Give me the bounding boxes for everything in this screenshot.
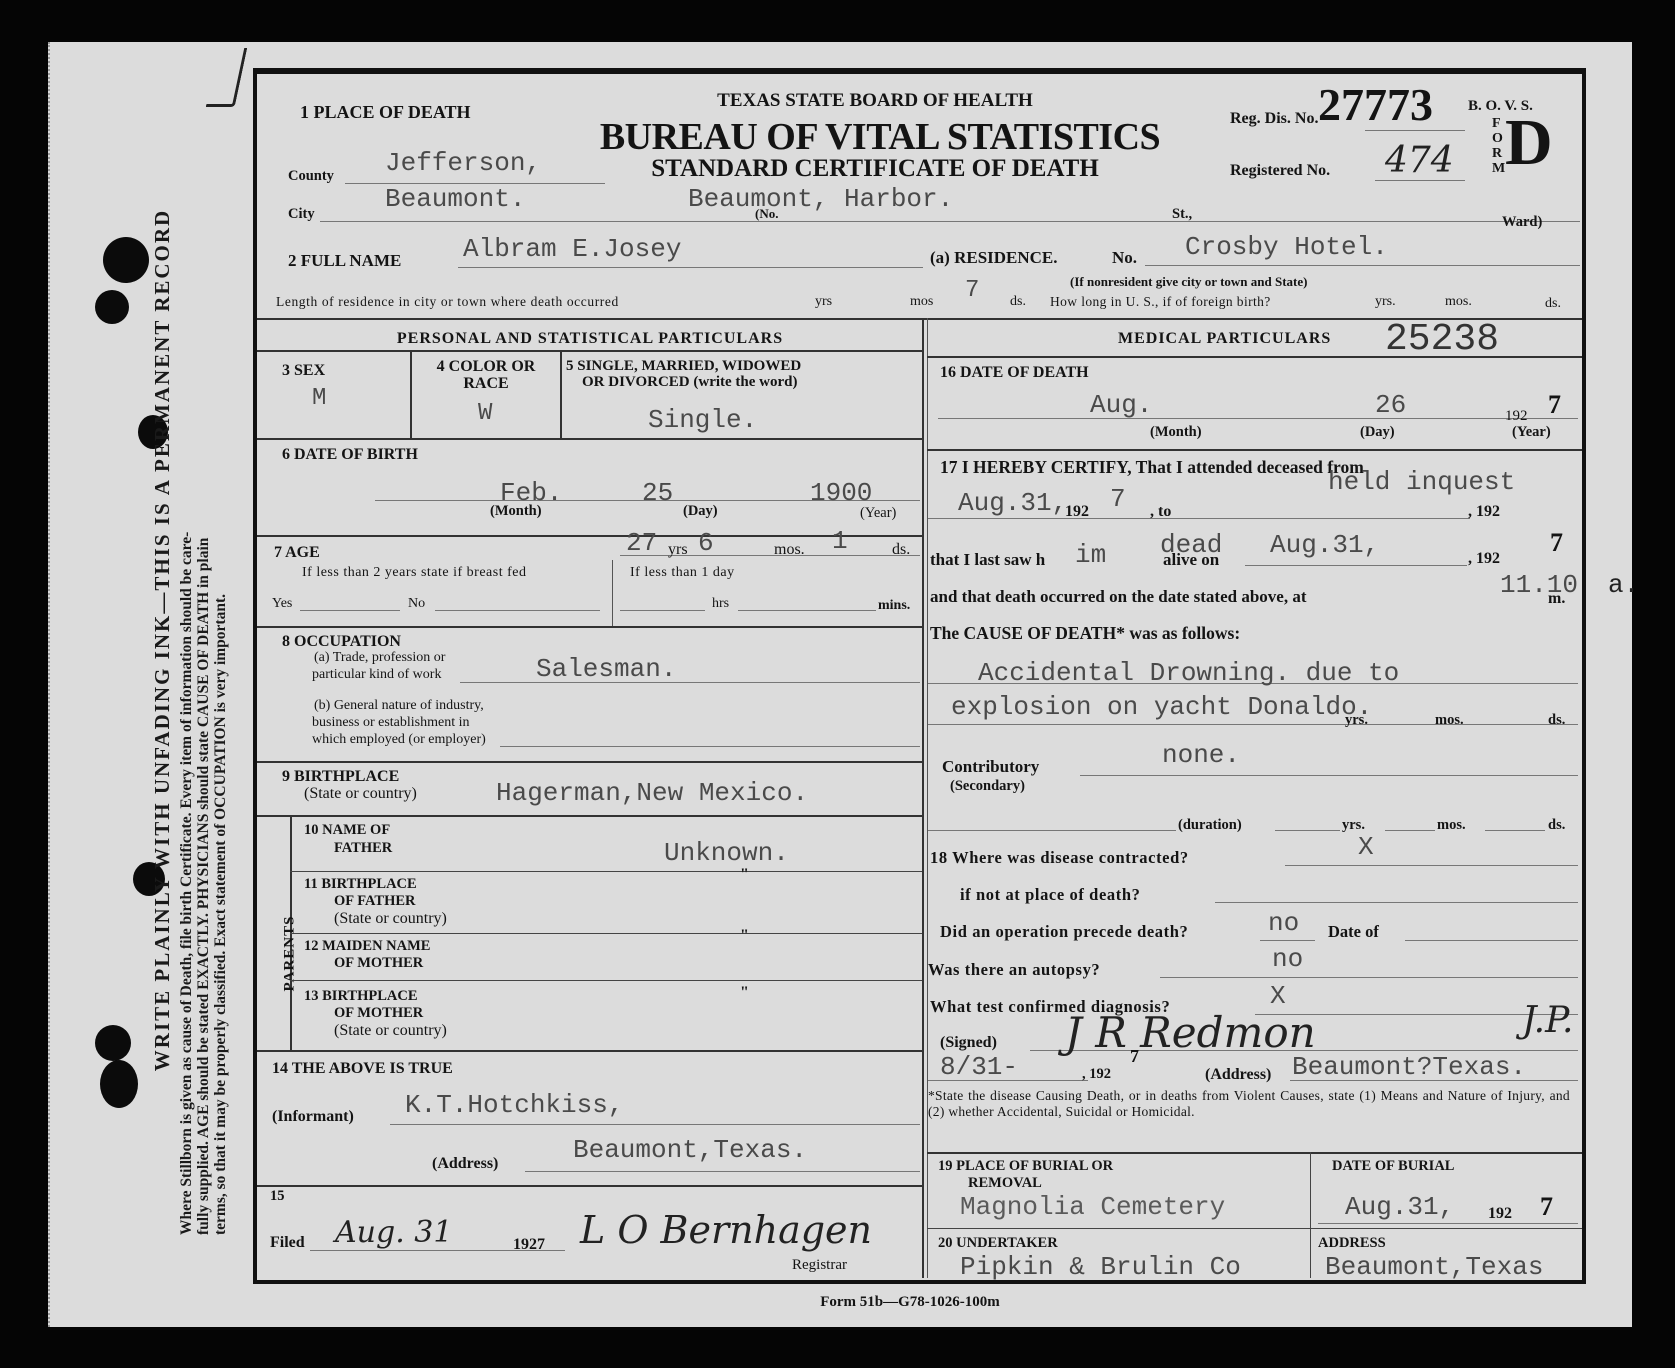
ampm: a. <box>1608 570 1639 600</box>
medical-stamp: 25238 <box>1385 318 1499 361</box>
reg-dis-label: Reg. Dis. No. <box>1230 110 1318 128</box>
punch-hole <box>100 1060 138 1108</box>
mother-bp-value: " <box>740 984 749 1002</box>
dod-year: 7 <box>1548 390 1561 420</box>
physician-address: Beaumont?Texas. <box>1292 1052 1526 1082</box>
mins-label: mins. <box>878 598 910 614</box>
last-saw-date: Aug.31, <box>1270 530 1379 560</box>
registrar-label: Registrar <box>792 1257 847 1274</box>
footnote: *State the disease Causing Death, or in … <box>928 1088 1570 1120</box>
occ-b-label-3: which employed (or employer) <box>312 732 486 748</box>
burial-year: 7 <box>1540 1192 1553 1222</box>
mother-bp-label-1: 13 BIRTHPLACE <box>304 988 418 1005</box>
occurred-label: and that death occurred on the date stat… <box>930 587 1307 607</box>
age-ds-label: ds. <box>892 541 910 559</box>
contributory-value: none. <box>1162 740 1240 770</box>
birthplace-sub: (State or country) <box>304 785 417 803</box>
county-value: Jefferson, <box>385 148 541 178</box>
operation-value: no <box>1268 908 1299 938</box>
occ-a-label-1: (a) Trade, profession or <box>314 650 445 666</box>
test-value: X <box>1270 981 1286 1011</box>
cause-line-2: explosion on yacht Donaldo. <box>951 692 1372 722</box>
informant-label: (Informant) <box>272 1108 354 1126</box>
less-day-note: If less than 1 day <box>630 565 735 581</box>
mother-bp-label-2: OF MOTHER <box>334 1005 423 1022</box>
cause-yrs-label: yrs. <box>1345 712 1368 729</box>
father-bp-label-3: (State or country) <box>334 910 447 928</box>
occupation-value: Salesman. <box>536 654 676 684</box>
marital-label-1: 5 SINGLE, MARRIED, WIDOWED <box>566 358 801 375</box>
length-yrs-label: yrs <box>815 294 832 310</box>
ward-label: Ward) <box>1502 214 1542 231</box>
physician-address-label: (Address) <box>1205 1066 1271 1084</box>
birthplace-label: 9 BIRTHPLACE <box>282 768 399 786</box>
to-label: , to <box>1150 503 1171 521</box>
cause-label: The CAUSE OF DEATH* was as follows: <box>930 623 1240 644</box>
signed-year-prefix: , 192 <box>1082 1066 1111 1083</box>
reg-dis-value: 27773 <box>1318 78 1433 131</box>
dod-day-label: (Day) <box>1360 424 1395 441</box>
full-name-label: 2 FULL NAME <box>288 251 401 271</box>
last-saw-label: that I last saw h <box>930 550 1045 570</box>
duration-label: (duration) <box>1178 817 1242 834</box>
city-label: City <box>288 206 315 223</box>
length-of-residence-label: Length of residence in city or town wher… <box>276 294 619 310</box>
length-days-value: 7 <box>965 277 979 304</box>
dob-year: 1900 <box>810 478 872 508</box>
foreign-ds-label: ds. <box>1545 296 1561 312</box>
father-bp-label-1: 11 BIRTHPLACE <box>304 876 417 893</box>
age-months: 6 <box>698 528 714 558</box>
form-vertical-label: FORM <box>1492 116 1506 176</box>
informant-value: K.T.Hotchkiss, <box>405 1090 623 1120</box>
age-label: 7 AGE <box>274 544 320 562</box>
mother-bp-label-3: (State or country) <box>334 1022 447 1040</box>
date-of-label: Date of <box>1328 922 1379 942</box>
undertaker-address: Beaumont,Texas <box>1325 1252 1543 1282</box>
registrar-signature: L O Bernhagen <box>580 1208 872 1252</box>
father-value: Unknown. <box>664 838 789 868</box>
side-line-2: fully supplied. AGE should be stated EXA… <box>195 45 212 1235</box>
burial-year-prefix: 192 <box>1488 1205 1512 1223</box>
mother-label-1: 12 MAIDEN NAME <box>304 938 430 955</box>
residence-note: (If nonresident give city or town and St… <box>1070 274 1308 290</box>
age-years: 27 <box>626 528 657 558</box>
side-line-1: Where Stillborn is given as cause of Dea… <box>178 45 195 1235</box>
dod-day: 26 <box>1375 390 1406 420</box>
secondary-label: (Secondary) <box>950 778 1025 795</box>
informant-address-label: (Address) <box>432 1155 498 1173</box>
side-line-3: terms, so that it may be properly classi… <box>212 45 229 1235</box>
residence-value: Crosby Hotel. <box>1185 232 1388 262</box>
form-number: Form 51b—G78-1026-100m <box>740 1294 1080 1311</box>
registered-label: Registered No. <box>1230 162 1330 180</box>
filed-year: 1927 <box>513 1236 545 1254</box>
no-label: (No. <box>755 206 778 222</box>
yes-label: Yes <box>272 596 292 612</box>
cause-mos-label: mos. <box>1435 712 1464 729</box>
birthplace-value: Hagerman,New Mexico. <box>496 778 808 808</box>
occ-b-label-1: (b) General nature of industry, <box>314 698 484 714</box>
filed-label: Filed <box>270 1234 305 1252</box>
race-label: 4 COLOR OR RACE <box>416 358 556 392</box>
length-ds-label: ds. <box>1010 294 1026 310</box>
father-label-1: 10 NAME OF <box>304 822 390 839</box>
breast-fed-note: If less than 2 years state if breast fed <box>302 565 526 581</box>
dob-day-label: (Day) <box>683 503 718 520</box>
burial-label-1: 19 PLACE OF BURIAL OR <box>938 1158 1113 1175</box>
race-value: W <box>478 400 492 427</box>
dob-month-label: (Month) <box>490 503 542 520</box>
item15-label: 15 <box>270 1188 285 1205</box>
county-label: County <box>288 168 334 185</box>
attended-from-year: 7 <box>1110 484 1126 514</box>
cause-line-1: Accidental Drowning. due to <box>978 658 1399 688</box>
alive-on-label: alive on <box>1163 550 1219 570</box>
death-address-value: Beaumont, Harbor. <box>688 184 953 214</box>
physician-signature-suffix: J.P. <box>1522 1000 1573 1041</box>
st-label: St., <box>1172 206 1192 223</box>
contributory-label: Contributory <box>942 757 1039 777</box>
filed-date: Aug. 31 <box>335 1215 452 1250</box>
held-inquest: held inquest <box>1328 467 1515 497</box>
foreign-mos-label: mos. <box>1445 294 1472 310</box>
to-year-prefix: , 192 <box>1468 503 1500 521</box>
foreign-yrs-label: yrs. <box>1375 294 1396 310</box>
q18-value: X <box>1358 832 1374 862</box>
age-days: 1 <box>832 526 848 556</box>
burial-label-2: REMOVAL <box>968 1175 1042 1192</box>
punch-hole <box>95 1025 131 1061</box>
dod-month-label: (Month) <box>1150 424 1202 441</box>
side-headline: WRITE PLAINLY WITH UNFADING INK—THIS IS … <box>150 45 178 1235</box>
punch-hole <box>103 237 149 283</box>
father-label-2: FATHER <box>334 840 392 857</box>
personal-heading: PERSONAL AND STATISTICAL PARTICULARS <box>260 330 920 348</box>
mother-label-2: OF MOTHER <box>334 955 423 972</box>
bureau-title: BUREAU OF VITAL STATISTICS <box>580 115 1180 159</box>
undertaker-address-label: ADDRESS <box>1318 1235 1386 1252</box>
dod-month: Aug. <box>1090 390 1152 420</box>
last-saw-typed: im <box>1075 540 1106 570</box>
punch-hole <box>95 290 129 324</box>
q18b-label: if not at place of death? <box>960 885 1140 905</box>
autopsy-value: no <box>1272 944 1303 974</box>
burial-date-label: DATE OF BURIAL <box>1332 1158 1454 1175</box>
no-label-bf: No <box>408 596 425 612</box>
operation-label: Did an operation precede death? <box>940 922 1188 942</box>
dod-year-prefix: 192 <box>1505 408 1528 425</box>
signed-label: (Signed) <box>940 1034 997 1052</box>
place-of-death-label: 1 PLACE OF DEATH <box>300 102 471 123</box>
dod-year-label: (Year) <box>1512 424 1551 441</box>
hrs-label: hrs <box>712 596 729 612</box>
burial-date: Aug.31, <box>1345 1192 1454 1222</box>
certify-label: 17 I HEREBY CERTIFY, That I attended dec… <box>940 457 1364 478</box>
father-bp-value: " <box>740 866 749 884</box>
foreign-birth-label: How long in U. S., if of foreign birth? <box>1050 294 1271 310</box>
city-value: Beaumont. <box>385 184 525 214</box>
sex-label: 3 SEX <box>282 362 325 380</box>
burial-place: Magnolia Cemetery <box>960 1192 1225 1222</box>
q18-label: 18 Where was disease contracted? <box>930 848 1189 868</box>
undertaker-label: 20 UNDERTAKER <box>938 1235 1058 1252</box>
signed-year: 7 <box>1130 1046 1139 1067</box>
length-mos-label: mos <box>910 294 933 310</box>
dob-label: 6 DATE OF BIRTH <box>282 446 418 464</box>
form-letter: D <box>1505 108 1553 178</box>
certificate-title: STANDARD CERTIFICATE OF DEATH <box>600 155 1150 183</box>
attended-from-year-prefix: 192 <box>1065 503 1089 521</box>
side-instructions: WRITE PLAINLY WITH UNFADING INK—THIS IS … <box>150 45 229 1235</box>
occ-a-label-2: particular kind of work <box>312 667 441 683</box>
mother-value: " <box>740 927 749 945</box>
attended-from: Aug.31, <box>958 488 1067 518</box>
age-mos-label: mos. <box>774 541 805 559</box>
medical-heading: MEDICAL PARTICULARS <box>1118 330 1331 348</box>
last-saw-year-prefix: , 192 <box>1468 550 1500 568</box>
duration-mos-label: mos. <box>1437 817 1466 834</box>
dob-year-label: (Year) <box>860 505 896 522</box>
occ-b-label-2: business or establishment in <box>312 715 470 731</box>
full-name-value: Albram E.Josey <box>463 234 681 264</box>
marital-value: Single. <box>648 405 757 435</box>
signed-date: 8/31- <box>940 1052 1018 1082</box>
sex-value: M <box>312 385 326 412</box>
time-of-death: 11.10 <box>1500 570 1578 600</box>
age-yrs-label: yrs <box>668 541 688 559</box>
board-title: TEXAS STATE BOARD OF HEALTH <box>600 90 1150 112</box>
physician-signature: J R Redmon <box>1065 1008 1316 1057</box>
father-bp-label-2: OF FATHER <box>334 893 416 910</box>
informant-address-value: Beaumont,Texas. <box>573 1135 807 1165</box>
occupation-label: 8 OCCUPATION <box>282 633 401 651</box>
marital-label-2: OR DIVORCED (write the word) <box>582 374 798 391</box>
registered-value: 474 <box>1385 140 1454 181</box>
last-saw-year: 7 <box>1550 528 1563 558</box>
autopsy-label: Was there an autopsy? <box>928 960 1100 980</box>
residence-label: (a) RESIDENCE. <box>930 248 1058 268</box>
residence-no-label: No. <box>1112 248 1137 268</box>
duration-ds-label: ds. <box>1548 817 1565 834</box>
m-label: m. <box>1548 590 1565 608</box>
dod-label: 16 DATE OF DEATH <box>940 364 1089 382</box>
undertaker-value: Pipkin & Brulin Co <box>960 1252 1241 1282</box>
cause-ds-label: ds. <box>1548 712 1565 729</box>
above-true-label: 14 THE ABOVE IS TRUE <box>272 1060 453 1078</box>
dob-day: 25 <box>642 478 673 508</box>
